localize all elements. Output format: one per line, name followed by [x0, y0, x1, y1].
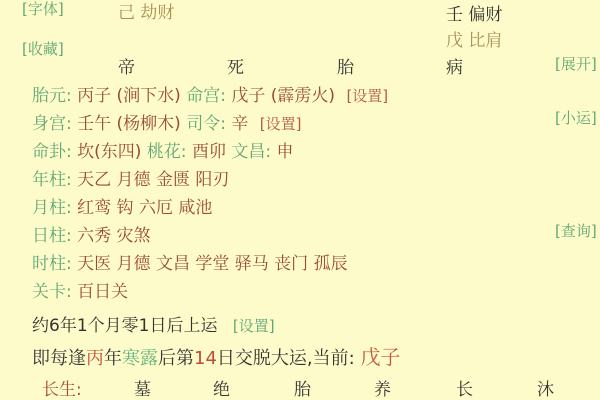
changsheng-label: 长生: — [42, 375, 82, 400]
info-row-3: 命卦: 坎(东四) 桃花: 酉卯 文昌: 申 — [32, 137, 294, 162]
luck-text: 后第 — [158, 348, 194, 369]
shensha-row-year: 年柱: 天乙 月德 金匮 阳刃 — [32, 165, 229, 190]
info-row-1: 胎元: 丙子 (涧下水) 命宫: 戊子 (霹雳火) [设置] — [32, 81, 388, 106]
shensha-label: 年柱: — [32, 170, 72, 190]
hidden-stem-left: 己 劫财 — [118, 0, 174, 23]
shensha-row-month: 月柱: 红鸾 钩 六厄 咸池 — [32, 193, 212, 218]
life-stage-3: 胎 — [337, 53, 354, 78]
wenchang-label: 文昌: — [231, 142, 271, 162]
changsheng-2: 绝 — [213, 375, 230, 400]
changsheng-5: 长 — [456, 375, 473, 400]
luck-start-text: 约6年1个月零1日后上运 — [32, 316, 217, 336]
current-luck: 戊子 — [360, 345, 400, 369]
shensha-value: 六秀 灾煞 — [77, 226, 150, 246]
taiyuan-value: 丙子 (涧下水) — [77, 86, 181, 106]
shensha-row-day: 日柱: 六秀 灾煞 — [32, 221, 151, 246]
expand-link[interactable]: [展开] — [555, 53, 597, 74]
luck-text: 年 — [104, 348, 122, 369]
minggong-set-button[interactable]: [设置] — [346, 87, 388, 105]
favorites-link[interactable]: [收藏] — [22, 38, 64, 59]
shensha-label: 时柱: — [32, 254, 72, 274]
luck-transition-row: 即每逢丙年寒露后第14日交脱大运,当前: 戊子 — [32, 341, 400, 370]
shengong-label: 身宫: — [32, 114, 72, 134]
luck-set-button[interactable]: [设置] — [233, 317, 275, 335]
siling-label: 司令: — [186, 114, 226, 134]
life-stage-2: 死 — [227, 53, 244, 78]
shensha-value: 天乙 月德 金匮 阳刃 — [77, 170, 229, 190]
life-stage-4: 病 — [446, 53, 463, 78]
life-stage-1: 帝 — [118, 53, 135, 78]
shensha-label: 月柱: — [32, 198, 72, 218]
minggua-label: 命卦: — [32, 142, 72, 162]
query-link[interactable]: [查询] — [555, 220, 597, 241]
wenchang-value: 申 — [277, 142, 294, 162]
shensha-row-guanka: 关卡: 百日关 — [32, 277, 128, 302]
changsheng-6: 沐 — [537, 375, 554, 400]
info-row-2: 身宫: 壬午 (杨柳木) 司令: 辛 [设置] — [32, 109, 301, 134]
luck-day: 14 — [194, 348, 217, 369]
changsheng-1: 墓 — [134, 375, 151, 400]
shensha-label: 关卡: — [32, 282, 72, 302]
minggong-label: 命宫: — [186, 86, 226, 106]
changsheng-3: 胎 — [294, 375, 311, 400]
solar-term: 寒露 — [122, 348, 158, 369]
shensha-value: 天医 月德 文昌 学堂 驿马 丧门 孤辰 — [77, 254, 347, 274]
changsheng-4: 养 — [374, 375, 391, 400]
luck-text: 即每逢 — [32, 348, 86, 369]
taiyuan-label: 胎元: — [32, 86, 72, 106]
luck-start-row: 约6年1个月零1日后上运 [设置] — [32, 311, 275, 336]
minor-luck-link[interactable]: [小运] — [555, 107, 597, 128]
shensha-row-hour: 时柱: 天医 月德 文昌 学堂 驿马 丧门 孤辰 — [32, 249, 348, 274]
minggong-value: 戊子 (霹雳火) — [231, 86, 335, 106]
shensha-value: 百日关 — [77, 282, 128, 302]
siling-set-button[interactable]: [设置] — [260, 115, 302, 133]
hidden-stem-right-1: 壬 偏财 — [446, 0, 502, 25]
minggua-value: 坎(东四) — [77, 142, 141, 162]
shengong-value: 壬午 (杨柳木) — [77, 114, 181, 134]
taohua-value: 酉卯 — [192, 142, 226, 162]
font-link[interactable]: [字体] — [22, 0, 64, 19]
shensha-label: 日柱: — [32, 226, 72, 246]
luck-text: 日交脱大运,当前: — [217, 348, 355, 369]
luck-stem: 丙 — [86, 348, 104, 369]
taohua-label: 桃花: — [147, 142, 187, 162]
hidden-stem-right-2: 戊 比肩 — [446, 26, 502, 51]
siling-value: 辛 — [231, 114, 248, 134]
shensha-value: 红鸾 钩 六厄 咸池 — [77, 198, 212, 218]
